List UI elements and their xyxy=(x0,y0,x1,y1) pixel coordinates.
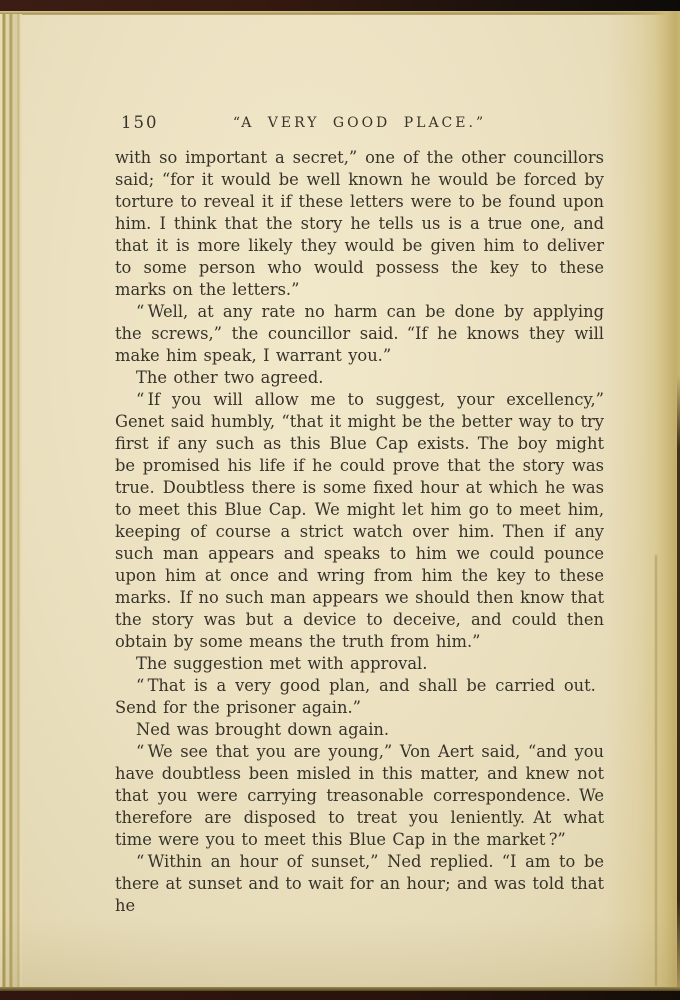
book-board-top xyxy=(0,0,680,11)
page-text-block: 150 “A VERY GOOD PLACE.” with so importa… xyxy=(115,112,604,917)
stacked-page-edges-left xyxy=(0,14,22,989)
paragraph: Ned was brought down again. xyxy=(115,719,604,741)
bottom-shading xyxy=(0,917,680,987)
body-text: with so important a secret,” one of the … xyxy=(115,147,604,917)
scanned-book-page: 150 “A VERY GOOD PLACE.” with so importa… xyxy=(0,0,680,1000)
running-head: “A VERY GOOD PLACE.” xyxy=(115,112,604,131)
page-curl-right xyxy=(606,11,680,991)
paragraph: “ Well, at any rate no harm can be done … xyxy=(115,301,604,367)
paragraph: The suggestion met with approval. xyxy=(115,653,604,675)
paragraph: with so important a secret,” one of the … xyxy=(115,147,604,301)
page-number: 150 xyxy=(121,113,159,132)
paragraph: “ That is a very good plan, and shall be… xyxy=(115,675,604,719)
page-header: 150 “A VERY GOOD PLACE.” xyxy=(115,112,604,136)
paragraph: “ Within an hour of sunset,” Ned replied… xyxy=(115,851,604,917)
paragraph: “ We see that you are young,” Von Aert s… xyxy=(115,741,604,851)
book-board-bottom xyxy=(0,991,680,1000)
paragraph: The other two agreed. xyxy=(115,367,604,389)
paragraph: “ If you will allow me to suggest, your … xyxy=(115,389,604,653)
page-top-edge xyxy=(0,11,680,15)
